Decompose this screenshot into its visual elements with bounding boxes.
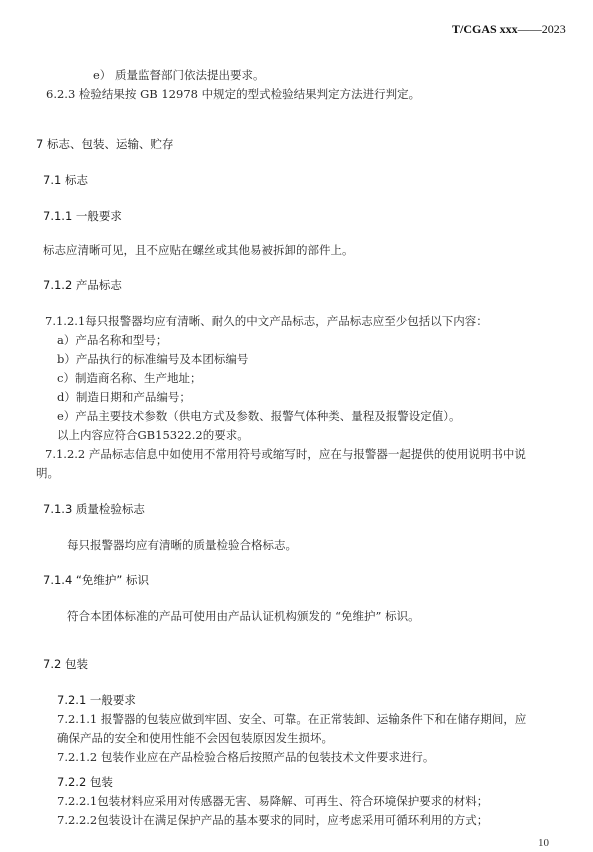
clause-7-2-1-2: 7.2.1.2 包装作业应在产品检验合格后按照产品的包装技术文件要求进行。 [57, 750, 434, 764]
doc-code: T/CGAS xxx [452, 22, 518, 36]
clause-7-2-2-1: 7.2.2.1包装材料应采用对传感器无害、易降解、可再生、符合环境保护要求的材料… [57, 794, 488, 808]
paragraph-7-1-1: 标志应清晰可见，且不应贴在螺丝或其他易被拆卸的部件上。 [43, 243, 354, 257]
section-heading-7-2-2: 7.2.2 包装 [57, 775, 113, 789]
list-item-b: b）产品执行的标准编号及本团标编号 [57, 352, 248, 366]
clause-6-2-3: 6.2.3 检验结果按 GB 12978 中规定的型式检验结果判定方法进行判定。 [46, 87, 420, 101]
paragraph-7-1-3: 每只报警器均应有清晰的质量检验合格标志。 [67, 538, 297, 552]
compliance-note: 以上内容应符合GB15322.2的要求。 [57, 428, 249, 442]
section-heading-7-1-2: 7.1.2 产品标志 [43, 278, 122, 292]
list-item-e: e） 质量监督部门依法提出要求。 [93, 68, 264, 82]
clause-7-1-2-2: 7.1.2.2 产品标志信息中如使用不常用符号或缩写时，应在与报警器一起提供的使… [45, 447, 526, 461]
section-heading-7-1: 7.1 标志 [43, 173, 88, 187]
section-heading-7-1-4: 7.1.4 “免维护” 标识 [43, 573, 149, 587]
clause-7-1-2-2-continuation: 明。 [36, 466, 59, 480]
clause-7-2-2-2: 7.2.2.2包装设计在满足保护产品的基本要求的同时，应考虑采用可循环利用的方式… [57, 813, 488, 827]
section-heading-7-1-1: 7.1.1 一般要求 [43, 209, 122, 223]
section-heading-7-1-3: 7.1.3 质量检验标志 [43, 502, 145, 516]
clause-7-2-1-1: 7.2.1.1 报警器的包装应做到牢固、安全、可靠。在正常装卸、运输条件下和在储… [57, 712, 526, 726]
list-item-a: a）产品名称和型号； [57, 333, 167, 347]
document-header-code: T/CGAS xxx——2023 [452, 22, 566, 36]
paragraph-7-1-4: 符合本团体标准的产品可使用由产品认证机构颁发的 “免维护” 标识。 [67, 609, 420, 623]
list-item-d: d）制造日期和产品编号； [57, 390, 191, 404]
section-heading-7-2: 7.2 包装 [43, 657, 88, 671]
list-item-e: e）产品主要技术参数（供电方式及参数、报警气体种类、量程及报警设定值）。 [57, 409, 461, 423]
clause-7-1-2-1: 7.1.2.1每只报警器均应有清晰、耐久的中文产品标志，产品标志应至少包括以下内… [45, 314, 488, 328]
section-heading-7: 7 标志、包装、运输、贮存 [36, 137, 173, 151]
document-page: T/CGAS xxx——2023 e） 质量监督部门依法提出要求。 6.2.3 … [0, 0, 593, 852]
list-item-c: c）制造商名称、生产地址； [57, 371, 201, 385]
page-number: 10 [538, 836, 549, 850]
clause-7-2-1-1-continuation: 确保产品的安全和使用性能不会因包装原因发生损坏。 [57, 731, 333, 745]
doc-year: ——2023 [518, 22, 566, 36]
section-heading-7-2-1: 7.2.1 一般要求 [57, 693, 136, 707]
